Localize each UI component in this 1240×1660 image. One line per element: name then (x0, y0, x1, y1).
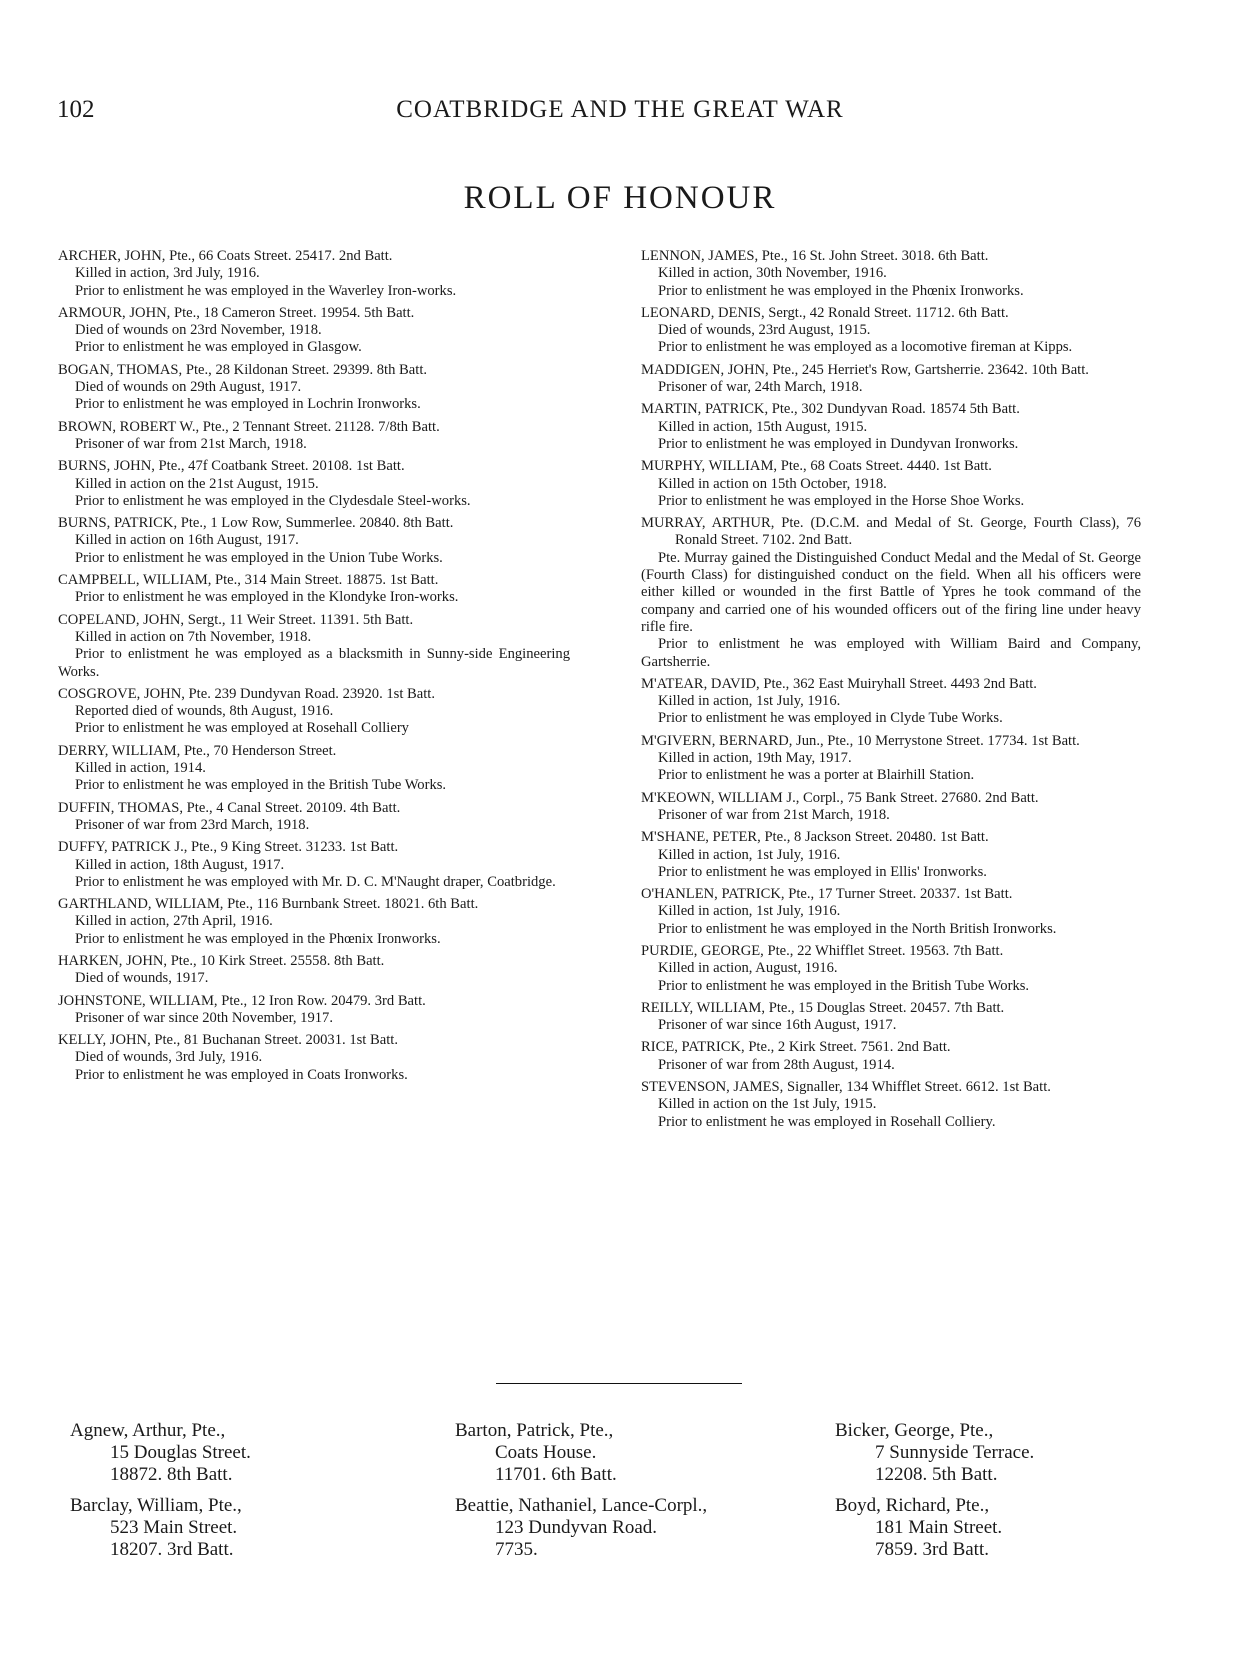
entry-heading: BROWN, ROBERT W., Pte., 2 Tennant Street… (58, 419, 570, 436)
roll-entry: CAMPBELL, WILLIAM, Pte., 314 Main Street… (58, 572, 570, 607)
name-card: Bicker, George, Pte.,7 Sunnyside Terrace… (835, 1420, 1170, 1486)
roll-entry: RICE, PATRICK, Pte., 2 Kirk Street. 7561… (641, 1039, 1141, 1074)
entry-detail: Prior to enlistment he was employed in C… (641, 710, 1141, 727)
entry-detail: Died of wounds on 23rd November, 1918. (58, 322, 570, 339)
entry-heading: MADDIGEN, JOHN, Pte., 245 Herriet's Row,… (641, 362, 1141, 379)
entry-detail: Died of wounds, 23rd August, 1915. (641, 322, 1141, 339)
entry-detail: Reported died of wounds, 8th August, 191… (58, 703, 570, 720)
entry-heading: CAMPBELL, WILLIAM, Pte., 314 Main Street… (58, 572, 570, 589)
roll-entry: JOHNSTONE, WILLIAM, Pte., 12 Iron Row. 2… (58, 993, 570, 1028)
entry-detail: Prior to enlistment he was employed in t… (641, 921, 1141, 938)
name-card: Barclay, William, Pte.,523 Main Street.1… (70, 1495, 455, 1561)
roll-entry: MURRAY, ARTHUR, Pte. (D.C.M. and Medal o… (641, 515, 1141, 671)
card-detail: 7859. 3rd Batt. (835, 1539, 1170, 1561)
entry-detail: Prior to enlistment he was employed at R… (58, 720, 570, 737)
entry-detail: Prisoner of war from 23rd March, 1918. (58, 817, 570, 834)
entry-detail: Prior to enlistment he was employed in t… (641, 978, 1141, 995)
card-detail: 7735. (455, 1539, 835, 1561)
entry-detail: Killed in action, 18th August, 1917. (58, 857, 570, 874)
roll-entry: M'SHANE, PETER, Pte., 8 Jackson Street. … (641, 829, 1141, 881)
entry-detail: Died of wounds, 3rd July, 1916. (58, 1049, 570, 1066)
entry-detail: Prior to enlistment he was employed in t… (58, 493, 570, 510)
name-card: Beattie, Nathaniel, Lance-Corpl.,123 Dun… (455, 1495, 835, 1561)
bottom-list-column: Barton, Patrick, Pte.,Coats House.11701.… (455, 1420, 835, 1570)
entry-detail: Prior to enlistment he was employed in t… (58, 931, 570, 948)
roll-entry: DUFFY, PATRICK J., Pte., 9 King Street. … (58, 839, 570, 891)
entry-detail: Killed in action on 15th October, 1918. (641, 476, 1141, 493)
card-detail: 18207. 3rd Batt. (70, 1539, 455, 1561)
entry-detail: Prisoner of war from 21st March, 1918. (641, 807, 1141, 824)
entry-heading: DUFFIN, THOMAS, Pte., 4 Canal Street. 20… (58, 800, 570, 817)
entry-detail: Prisoner of war from 28th August, 1914. (641, 1057, 1141, 1074)
entry-heading: LENNON, JAMES, Pte., 16 St. John Street.… (641, 248, 1141, 265)
entry-heading: REILLY, WILLIAM, Pte., 15 Douglas Street… (641, 1000, 1141, 1017)
card-detail: 12208. 5th Batt. (835, 1464, 1170, 1486)
roll-entry: O'HANLEN, PATRICK, Pte., 17 Turner Stree… (641, 886, 1141, 938)
entry-detail: Killed in action, 1st July, 1916. (641, 847, 1141, 864)
entry-detail: Killed in action, 1st July, 1916. (641, 693, 1141, 710)
roll-entry: LENNON, JAMES, Pte., 16 St. John Street.… (641, 248, 1141, 300)
entry-detail: Prior to enlistment he was employed in t… (58, 589, 570, 606)
section-title: ROLL OF HONOUR (0, 180, 1240, 217)
entry-detail: Prior to enlistment he was employed in E… (641, 864, 1141, 881)
card-address: 181 Main Street. (835, 1517, 1170, 1539)
entry-detail: Killed in action on 16th August, 1917. (58, 532, 570, 549)
roll-entry: MARTIN, PATRICK, Pte., 302 Dundyvan Road… (641, 401, 1141, 453)
entry-heading: BURNS, JOHN, Pte., 47f Coatbank Street. … (58, 458, 570, 475)
entry-heading: ARMOUR, JOHN, Pte., 18 Cameron Street. 1… (58, 305, 570, 322)
entry-heading: O'HANLEN, PATRICK, Pte., 17 Turner Stree… (641, 886, 1141, 903)
card-name: Beattie, Nathaniel, Lance-Corpl., (455, 1495, 835, 1517)
entry-detail: Prior to enlistment he was employed in t… (58, 283, 570, 300)
card-detail: 18872. 8th Batt. (70, 1464, 455, 1486)
entry-detail: Prior to enlistment he was employed in C… (58, 1067, 570, 1084)
roll-entry: M'KEOWN, WILLIAM J., Corpl., 75 Bank Str… (641, 790, 1141, 825)
card-address: 7 Sunnyside Terrace. (835, 1442, 1170, 1464)
entry-heading: MURRAY, ARTHUR, Pte. (D.C.M. and Medal o… (641, 515, 1141, 550)
entry-detail: Pte. Murray gained the Distinguished Con… (641, 550, 1141, 636)
entry-heading: MARTIN, PATRICK, Pte., 302 Dundyvan Road… (641, 401, 1141, 418)
roll-entry: M'ATEAR, DAVID, Pte., 362 East Muiryhall… (641, 676, 1141, 728)
entry-detail: Prior to enlistment he was employed in R… (641, 1114, 1141, 1131)
entry-detail: Prior to enlistment he was employed in t… (58, 777, 570, 794)
entry-detail: Killed in action, 19th May, 1917. (641, 750, 1141, 767)
roll-entry: GARTHLAND, WILLIAM, Pte., 116 Burnbank S… (58, 896, 570, 948)
roll-entry: BROWN, ROBERT W., Pte., 2 Tennant Street… (58, 419, 570, 454)
bottom-list-column: Agnew, Arthur, Pte.,15 Douglas Street.18… (70, 1420, 455, 1570)
roll-entry: COPELAND, JOHN, Sergt., 11 Weir Street. … (58, 612, 570, 681)
name-card: Boyd, Richard, Pte.,181 Main Street.7859… (835, 1495, 1170, 1561)
entry-detail: Prisoner of war, 24th March, 1918. (641, 379, 1141, 396)
entry-detail: Prior to enlistment he was employed in D… (641, 436, 1141, 453)
bottom-list-column: Bicker, George, Pte.,7 Sunnyside Terrace… (835, 1420, 1170, 1570)
entry-detail: Killed in action on the 21st August, 191… (58, 476, 570, 493)
entry-detail: Prisoner of war since 16th August, 1917. (641, 1017, 1141, 1034)
roll-entry: KELLY, JOHN, Pte., 81 Buchanan Street. 2… (58, 1032, 570, 1084)
roll-entry: PURDIE, GEORGE, Pte., 22 Whifflet Street… (641, 943, 1141, 995)
card-name: Boyd, Richard, Pte., (835, 1495, 1170, 1517)
entry-heading: PURDIE, GEORGE, Pte., 22 Whifflet Street… (641, 943, 1141, 960)
roll-entry: DERRY, WILLIAM, Pte., 70 Henderson Stree… (58, 743, 570, 795)
entry-detail: Prior to enlistment he was employed in L… (58, 396, 570, 413)
entry-heading: STEVENSON, JAMES, Signaller, 134 Whiffle… (641, 1079, 1141, 1096)
entry-detail: Killed in action on 7th November, 1918. (58, 629, 570, 646)
entry-heading: M'GIVERN, BERNARD, Jun., Pte., 10 Merrys… (641, 733, 1141, 750)
entry-heading: M'SHANE, PETER, Pte., 8 Jackson Street. … (641, 829, 1141, 846)
entry-detail: Killed in action, 1914. (58, 760, 570, 777)
entry-detail: Killed in action, 30th November, 1916. (641, 265, 1141, 282)
card-name: Barclay, William, Pte., (70, 1495, 455, 1517)
entry-heading: RICE, PATRICK, Pte., 2 Kirk Street. 7561… (641, 1039, 1141, 1056)
roll-entry: LEONARD, DENIS, Sergt., 42 Ronald Street… (641, 305, 1141, 357)
entry-detail: Prior to enlistment he was employed in t… (58, 550, 570, 567)
card-name: Agnew, Arthur, Pte., (70, 1420, 455, 1442)
card-detail: 11701. 6th Batt. (455, 1464, 835, 1486)
left-column: ARCHER, JOHN, Pte., 66 Coats Street. 254… (58, 248, 570, 1089)
entry-detail: Died of wounds, 1917. (58, 970, 570, 987)
entry-detail: Killed in action, 27th April, 1916. (58, 913, 570, 930)
entry-heading: JOHNSTONE, WILLIAM, Pte., 12 Iron Row. 2… (58, 993, 570, 1010)
entry-detail: Killed in action, 15th August, 1915. (641, 419, 1141, 436)
roll-entry: DUFFIN, THOMAS, Pte., 4 Canal Street. 20… (58, 800, 570, 835)
entry-heading: BOGAN, THOMAS, Pte., 28 Kildonan Street.… (58, 362, 570, 379)
entry-heading: MURPHY, WILLIAM, Pte., 68 Coats Street. … (641, 458, 1141, 475)
roll-entry: BURNS, PATRICK, Pte., 1 Low Row, Summerl… (58, 515, 570, 567)
roll-entry: COSGROVE, JOHN, Pte. 239 Dundyvan Road. … (58, 686, 570, 738)
name-card: Agnew, Arthur, Pte.,15 Douglas Street.18… (70, 1420, 455, 1486)
entry-detail: Prior to enlistment he was a porter at B… (641, 767, 1141, 784)
roll-entry: ARMOUR, JOHN, Pte., 18 Cameron Street. 1… (58, 305, 570, 357)
bottom-list: Agnew, Arthur, Pte.,15 Douglas Street.18… (70, 1420, 1170, 1570)
right-column: LENNON, JAMES, Pte., 16 St. John Street.… (641, 248, 1141, 1136)
entry-detail: Prior to enlistment he was employed as a… (641, 339, 1141, 356)
entry-detail: Prior to enlistment he was employed in t… (641, 493, 1141, 510)
card-address: Coats House. (455, 1442, 835, 1464)
card-address: 15 Douglas Street. (70, 1442, 455, 1464)
roll-entry: HARKEN, JOHN, Pte., 10 Kirk Street. 2555… (58, 953, 570, 988)
entry-detail: Died of wounds on 29th August, 1917. (58, 379, 570, 396)
roll-entry: STEVENSON, JAMES, Signaller, 134 Whiffle… (641, 1079, 1141, 1131)
entry-heading: M'ATEAR, DAVID, Pte., 362 East Muiryhall… (641, 676, 1141, 693)
entry-heading: COPELAND, JOHN, Sergt., 11 Weir Street. … (58, 612, 570, 629)
entry-detail: Killed in action, 1st July, 1916. (641, 903, 1141, 920)
entry-detail: Prior to enlistment he was employed with… (58, 874, 570, 891)
card-name: Bicker, George, Pte., (835, 1420, 1170, 1442)
running-head: COATBRIDGE AND THE GREAT WAR (0, 96, 1240, 124)
entry-heading: BURNS, PATRICK, Pte., 1 Low Row, Summerl… (58, 515, 570, 532)
roll-entry: M'GIVERN, BERNARD, Jun., Pte., 10 Merrys… (641, 733, 1141, 785)
roll-entry: MADDIGEN, JOHN, Pte., 245 Herriet's Row,… (641, 362, 1141, 397)
entry-detail: Prior to enlistment he was employed as a… (58, 646, 570, 681)
roll-entry: ARCHER, JOHN, Pte., 66 Coats Street. 254… (58, 248, 570, 300)
entry-heading: M'KEOWN, WILLIAM J., Corpl., 75 Bank Str… (641, 790, 1141, 807)
entry-heading: DERRY, WILLIAM, Pte., 70 Henderson Stree… (58, 743, 570, 760)
entry-detail: Prisoner of war from 21st March, 1918. (58, 436, 570, 453)
card-address: 123 Dundyvan Road. (455, 1517, 835, 1539)
entry-detail: Prior to enlistment he was employed in G… (58, 339, 570, 356)
roll-entry: BOGAN, THOMAS, Pte., 28 Kildonan Street.… (58, 362, 570, 414)
roll-entry: BURNS, JOHN, Pte., 47f Coatbank Street. … (58, 458, 570, 510)
entry-heading: DUFFY, PATRICK J., Pte., 9 King Street. … (58, 839, 570, 856)
entry-heading: KELLY, JOHN, Pte., 81 Buchanan Street. 2… (58, 1032, 570, 1049)
entry-detail: Prior to enlistment he was employed with… (641, 636, 1141, 671)
entry-heading: GARTHLAND, WILLIAM, Pte., 116 Burnbank S… (58, 896, 570, 913)
entry-heading: COSGROVE, JOHN, Pte. 239 Dundyvan Road. … (58, 686, 570, 703)
entry-detail: Killed in action on the 1st July, 1915. (641, 1096, 1141, 1113)
entry-heading: HARKEN, JOHN, Pte., 10 Kirk Street. 2555… (58, 953, 570, 970)
entry-detail: Prisoner of war since 20th November, 191… (58, 1010, 570, 1027)
entry-heading: LEONARD, DENIS, Sergt., 42 Ronald Street… (641, 305, 1141, 322)
entry-detail: Prior to enlistment he was employed in t… (641, 283, 1141, 300)
roll-entry: REILLY, WILLIAM, Pte., 15 Douglas Street… (641, 1000, 1141, 1035)
card-address: 523 Main Street. (70, 1517, 455, 1539)
name-card: Barton, Patrick, Pte.,Coats House.11701.… (455, 1420, 835, 1486)
section-divider (496, 1383, 742, 1384)
entry-heading: ARCHER, JOHN, Pte., 66 Coats Street. 254… (58, 248, 570, 265)
entry-detail: Killed in action, 3rd July, 1916. (58, 265, 570, 282)
entry-detail: Killed in action, August, 1916. (641, 960, 1141, 977)
roll-entry: MURPHY, WILLIAM, Pte., 68 Coats Street. … (641, 458, 1141, 510)
card-name: Barton, Patrick, Pte., (455, 1420, 835, 1442)
